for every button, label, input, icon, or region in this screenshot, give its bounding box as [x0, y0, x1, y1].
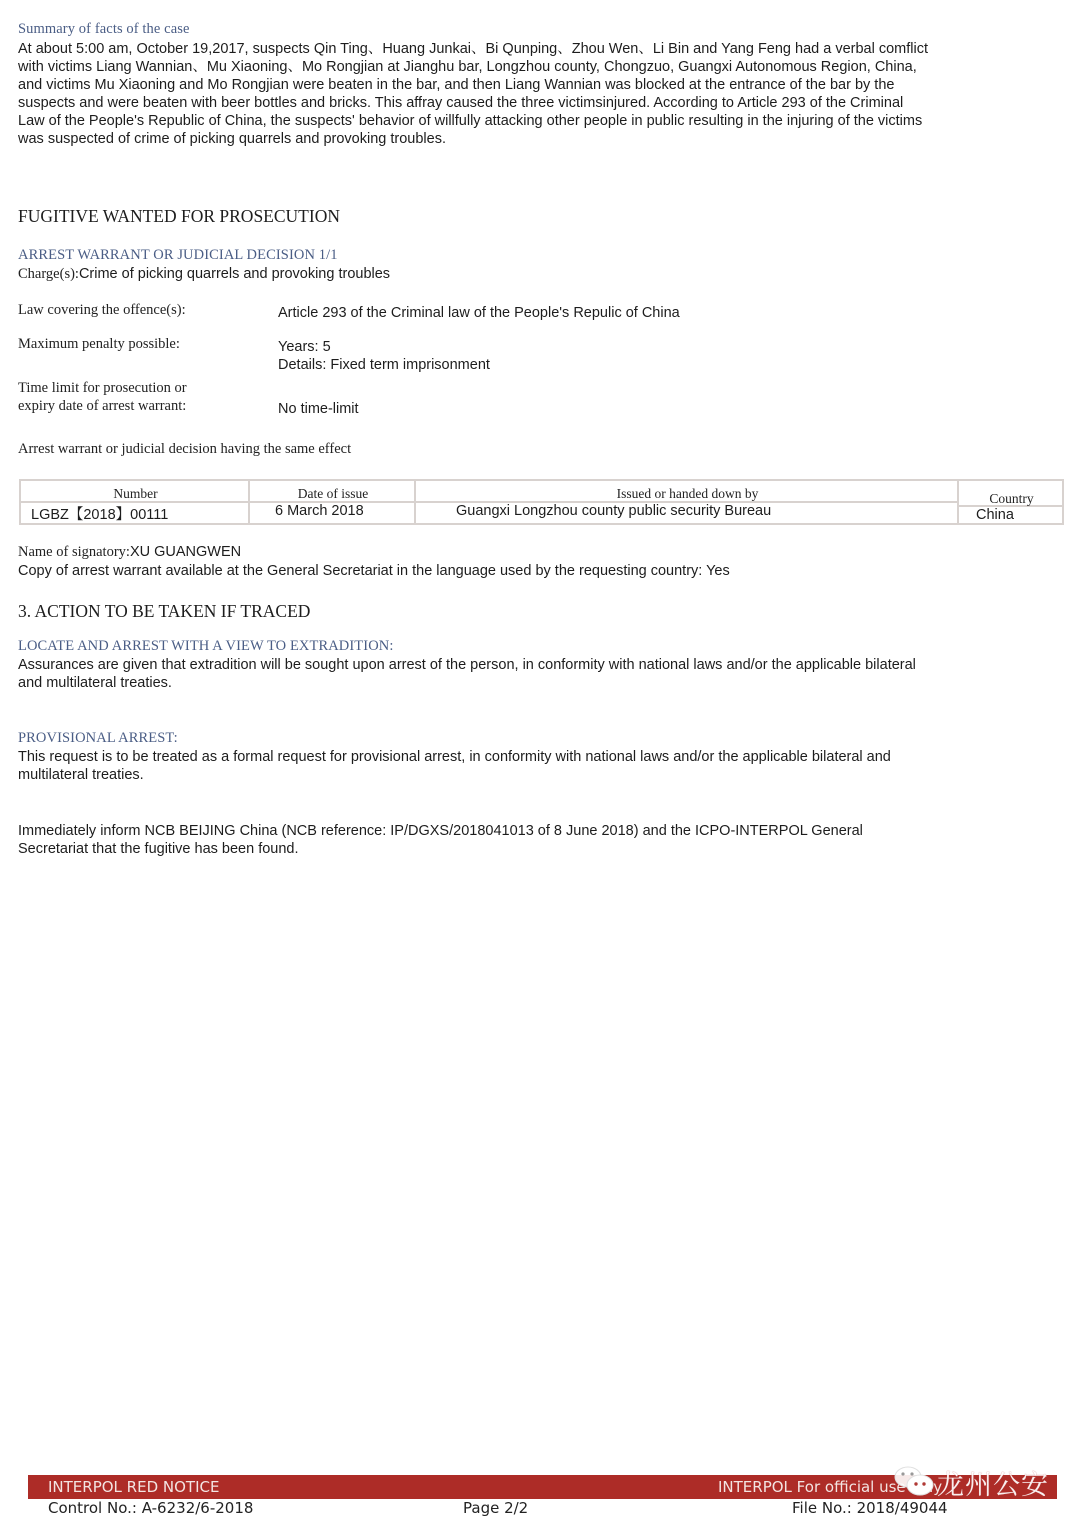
- summary-line: At about 5:00 am, October 19,2017, suspe…: [18, 40, 1058, 58]
- fugitive-heading: FUGITIVE WANTED FOR PROSECUTION: [18, 206, 340, 227]
- time-limit-label-2: expiry date of arrest warrant:: [18, 398, 186, 415]
- inform-line: Immediately inform NCB BEIJING China (NC…: [18, 822, 1058, 840]
- table-header-date: Date of issue: [250, 486, 416, 502]
- watermark: 龙州公安: [893, 1462, 1053, 1500]
- penalty-years: Years: 5: [278, 338, 331, 356]
- inform-text: Immediately inform NCB BEIJING China (NC…: [18, 822, 1058, 858]
- inform-line: Secretariat that the fugitive has been f…: [18, 840, 1058, 858]
- charge-label: Charge(s):: [18, 266, 79, 282]
- locate-line: Assurances are given that extradition wi…: [18, 656, 1058, 674]
- same-effect-label: Arrest warrant or judicial decision havi…: [18, 441, 351, 458]
- summary-line: and victims Mu Xiaoning and Mo Rongjian …: [18, 76, 1058, 94]
- table-cell-number: LGBZ【2018】00111: [31, 503, 168, 524]
- time-limit-label: Time limit for prosecution or: [18, 380, 187, 397]
- law-value: Article 293 of the Criminal law of the P…: [278, 304, 680, 322]
- provisional-line: This request is to be treated as a forma…: [18, 748, 1058, 766]
- copy-available: Copy of arrest warrant available at the …: [18, 562, 730, 580]
- charge-value: Crime of picking quarrels and provoking …: [79, 266, 390, 282]
- signatory-value: XU GUANGWEN: [130, 544, 241, 560]
- footer-left-title: INTERPOL RED NOTICE: [48, 1478, 219, 1496]
- signatory-line: Name of signatory:XU GUANGWEN: [18, 543, 241, 561]
- table-cell-issued: Guangxi Longzhou county public security …: [456, 503, 771, 519]
- table-cell-country: China: [976, 507, 1014, 523]
- table-cell-date: 6 March 2018: [275, 503, 364, 519]
- summary-line: Law of the People's Republic of China, t…: [18, 112, 1058, 130]
- summary-heading: Summary of facts of the case: [18, 21, 190, 38]
- wechat-icon: [893, 1464, 937, 1500]
- penalty-details: Details: Fixed term imprisonment: [278, 356, 490, 374]
- summary-line: suspects and were beaten with beer bottl…: [18, 94, 1058, 112]
- action-heading: 3. ACTION TO BE TAKEN IF TRACED: [18, 601, 310, 622]
- provisional-text: This request is to be treated as a forma…: [18, 748, 1058, 784]
- time-limit-value: No time-limit: [278, 400, 359, 418]
- signatory-label: Name of signatory:: [18, 544, 130, 560]
- footer-file-no: File No.: 2018/49044: [792, 1499, 948, 1517]
- footer-control-no: Control No.: A-6232/6-2018: [48, 1499, 253, 1517]
- law-label: Law covering the offence(s):: [18, 302, 186, 319]
- locate-text: Assurances are given that extradition wi…: [18, 656, 1058, 692]
- table-header-issued: Issued or handed down by: [416, 486, 959, 502]
- footer-page: Page 2/2: [463, 1499, 528, 1517]
- provisional-line: multilateral treaties.: [18, 766, 1058, 784]
- penalty-label: Maximum penalty possible:: [18, 336, 180, 353]
- summary-line: with victims Liang Wannian、Mu Xiaoning、M…: [18, 58, 1058, 76]
- locate-heading: LOCATE AND ARREST WITH A VIEW TO EXTRADI…: [18, 638, 393, 655]
- summary-text: At about 5:00 am, October 19,2017, suspe…: [18, 40, 1058, 148]
- table-header-number: Number: [21, 486, 250, 502]
- warrant-heading: ARREST WARRANT OR JUDICIAL DECISION 1/1: [18, 247, 338, 264]
- charge-line: Charge(s):Crime of picking quarrels and …: [18, 265, 390, 283]
- provisional-heading: PROVISIONAL ARREST:: [18, 730, 178, 747]
- watermark-text: 龙州公安: [937, 1463, 1049, 1502]
- locate-line: and multilateral treaties.: [18, 674, 1058, 692]
- table-header-country: Country: [959, 491, 1064, 507]
- summary-line: was suspected of crime of picking quarre…: [18, 130, 1058, 148]
- warrant-table: Number Date of issue Issued or handed do…: [19, 479, 1064, 525]
